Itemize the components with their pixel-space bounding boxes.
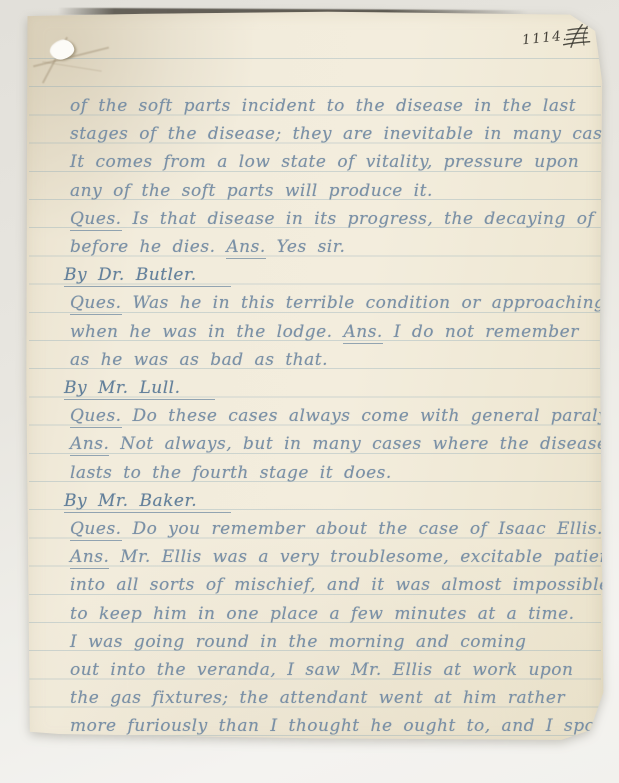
- text-segment: Yes sir.: [266, 237, 346, 257]
- manuscript-line: more furiously than I thought he ought t…: [64, 712, 592, 740]
- text-segment: I do not remember: [383, 322, 579, 342]
- underlined-label: By Dr. Butler.: [64, 265, 231, 287]
- underlined-label: Ques.: [70, 406, 122, 428]
- manuscript-line: as he was as bad as that.: [64, 346, 592, 374]
- text-segment: Is that disease in its progress, the dec…: [122, 209, 619, 229]
- underlined-label: Ans.: [70, 434, 109, 456]
- underlined-label: Ans.: [343, 322, 382, 344]
- text-segment: Do you remember about the case of Isaac …: [122, 519, 603, 539]
- manuscript-line: into all sorts of mischief, and it was a…: [64, 571, 592, 599]
- manuscript-line: It comes from a low state of vitality, p…: [64, 148, 592, 176]
- underlined-label: By Mr. Lull.: [64, 378, 215, 400]
- text-segment: Do these cases always come with general …: [122, 406, 619, 426]
- text-segment: stages of the disease; they are inevitab…: [70, 124, 619, 144]
- manuscript-line: of the soft parts incident to the diseas…: [64, 92, 592, 120]
- text-segment: out into the veranda, I saw Mr. Ellis at…: [70, 660, 573, 680]
- scan-background: 1114. of the soft parts incident to the …: [0, 0, 619, 783]
- manuscript-page: 1114. of the soft parts incident to the …: [24, 8, 608, 748]
- underlined-label: By Mr. Baker.: [64, 491, 231, 513]
- text-segment: as he was as bad as that.: [70, 350, 328, 370]
- examiner-heading: By Mr. Baker.: [64, 487, 592, 515]
- manuscript-line: Ans. Not always, but in many cases where…: [64, 430, 592, 458]
- manuscript-line: Ques. Do you remember about the case of …: [64, 515, 592, 543]
- text-segment: the gas fixtures; the attendant went at …: [70, 688, 565, 708]
- text-segment: lasts to the fourth stage it does.: [70, 463, 392, 483]
- underlined-label: Ans.: [226, 237, 265, 259]
- manuscript-line: stages of the disease; they are inevitab…: [64, 120, 592, 148]
- text-segment: to keep him in one place a few minutes a…: [70, 604, 575, 624]
- manuscript-text: of the soft parts incident to the diseas…: [64, 92, 592, 741]
- manuscript-line: out into the veranda, I saw Mr. Ellis at…: [64, 656, 592, 684]
- text-segment: It comes from a low state of vitality, p…: [70, 152, 579, 172]
- manuscript-line: Ques. Is that disease in its progress, t…: [64, 205, 592, 233]
- clerk-initials-scribble-icon: [559, 19, 593, 55]
- manuscript-line: Ques. Do these cases always come with ge…: [64, 402, 592, 430]
- text-segment: more furiously than I thought he ought t…: [70, 716, 617, 736]
- underlined-label: Ques.: [70, 519, 122, 541]
- text-segment: Was he in this terrible condition or app…: [122, 293, 619, 313]
- manuscript-line: any of the soft parts will produce it.: [64, 177, 592, 205]
- manuscript-line: the gas fixtures; the attendant went at …: [64, 684, 592, 712]
- text-segment: when he was in the lodge.: [70, 322, 343, 342]
- text-segment: I was going round in the morning and com…: [70, 632, 526, 652]
- manuscript-line: when he was in the lodge. Ans. I do not …: [64, 318, 592, 346]
- underlined-label: Ans.: [70, 547, 109, 569]
- manuscript-line: lasts to the fourth stage it does.: [64, 459, 592, 487]
- manuscript-line: Ans. Mr. Ellis was a very troublesome, e…: [64, 543, 592, 571]
- underlined-label: Ques.: [70, 293, 122, 315]
- examiner-heading: By Dr. Butler.: [64, 261, 592, 289]
- manuscript-line: to keep him in one place a few minutes a…: [64, 600, 592, 628]
- text-segment: into all sorts of mischief, and it was a…: [70, 575, 610, 595]
- manuscript-line: Ques. Was he in this terrible condition …: [64, 289, 592, 317]
- text-segment: Not always, but in many cases where the …: [109, 434, 607, 454]
- examiner-heading: By Mr. Lull.: [64, 374, 592, 402]
- paper-sheet: 1114. of the soft parts incident to the …: [24, 8, 608, 748]
- text-segment: any of the soft parts will produce it.: [70, 181, 433, 201]
- manuscript-line: I was going round in the morning and com…: [64, 628, 592, 656]
- text-segment: before he dies.: [70, 237, 226, 257]
- manuscript-line: before he dies. Ans. Yes sir.: [64, 233, 592, 261]
- underlined-label: Ques.: [70, 209, 122, 231]
- text-segment: Mr. Ellis was a very troublesome, excita…: [109, 547, 619, 567]
- text-segment: of the soft parts incident to the diseas…: [70, 96, 576, 116]
